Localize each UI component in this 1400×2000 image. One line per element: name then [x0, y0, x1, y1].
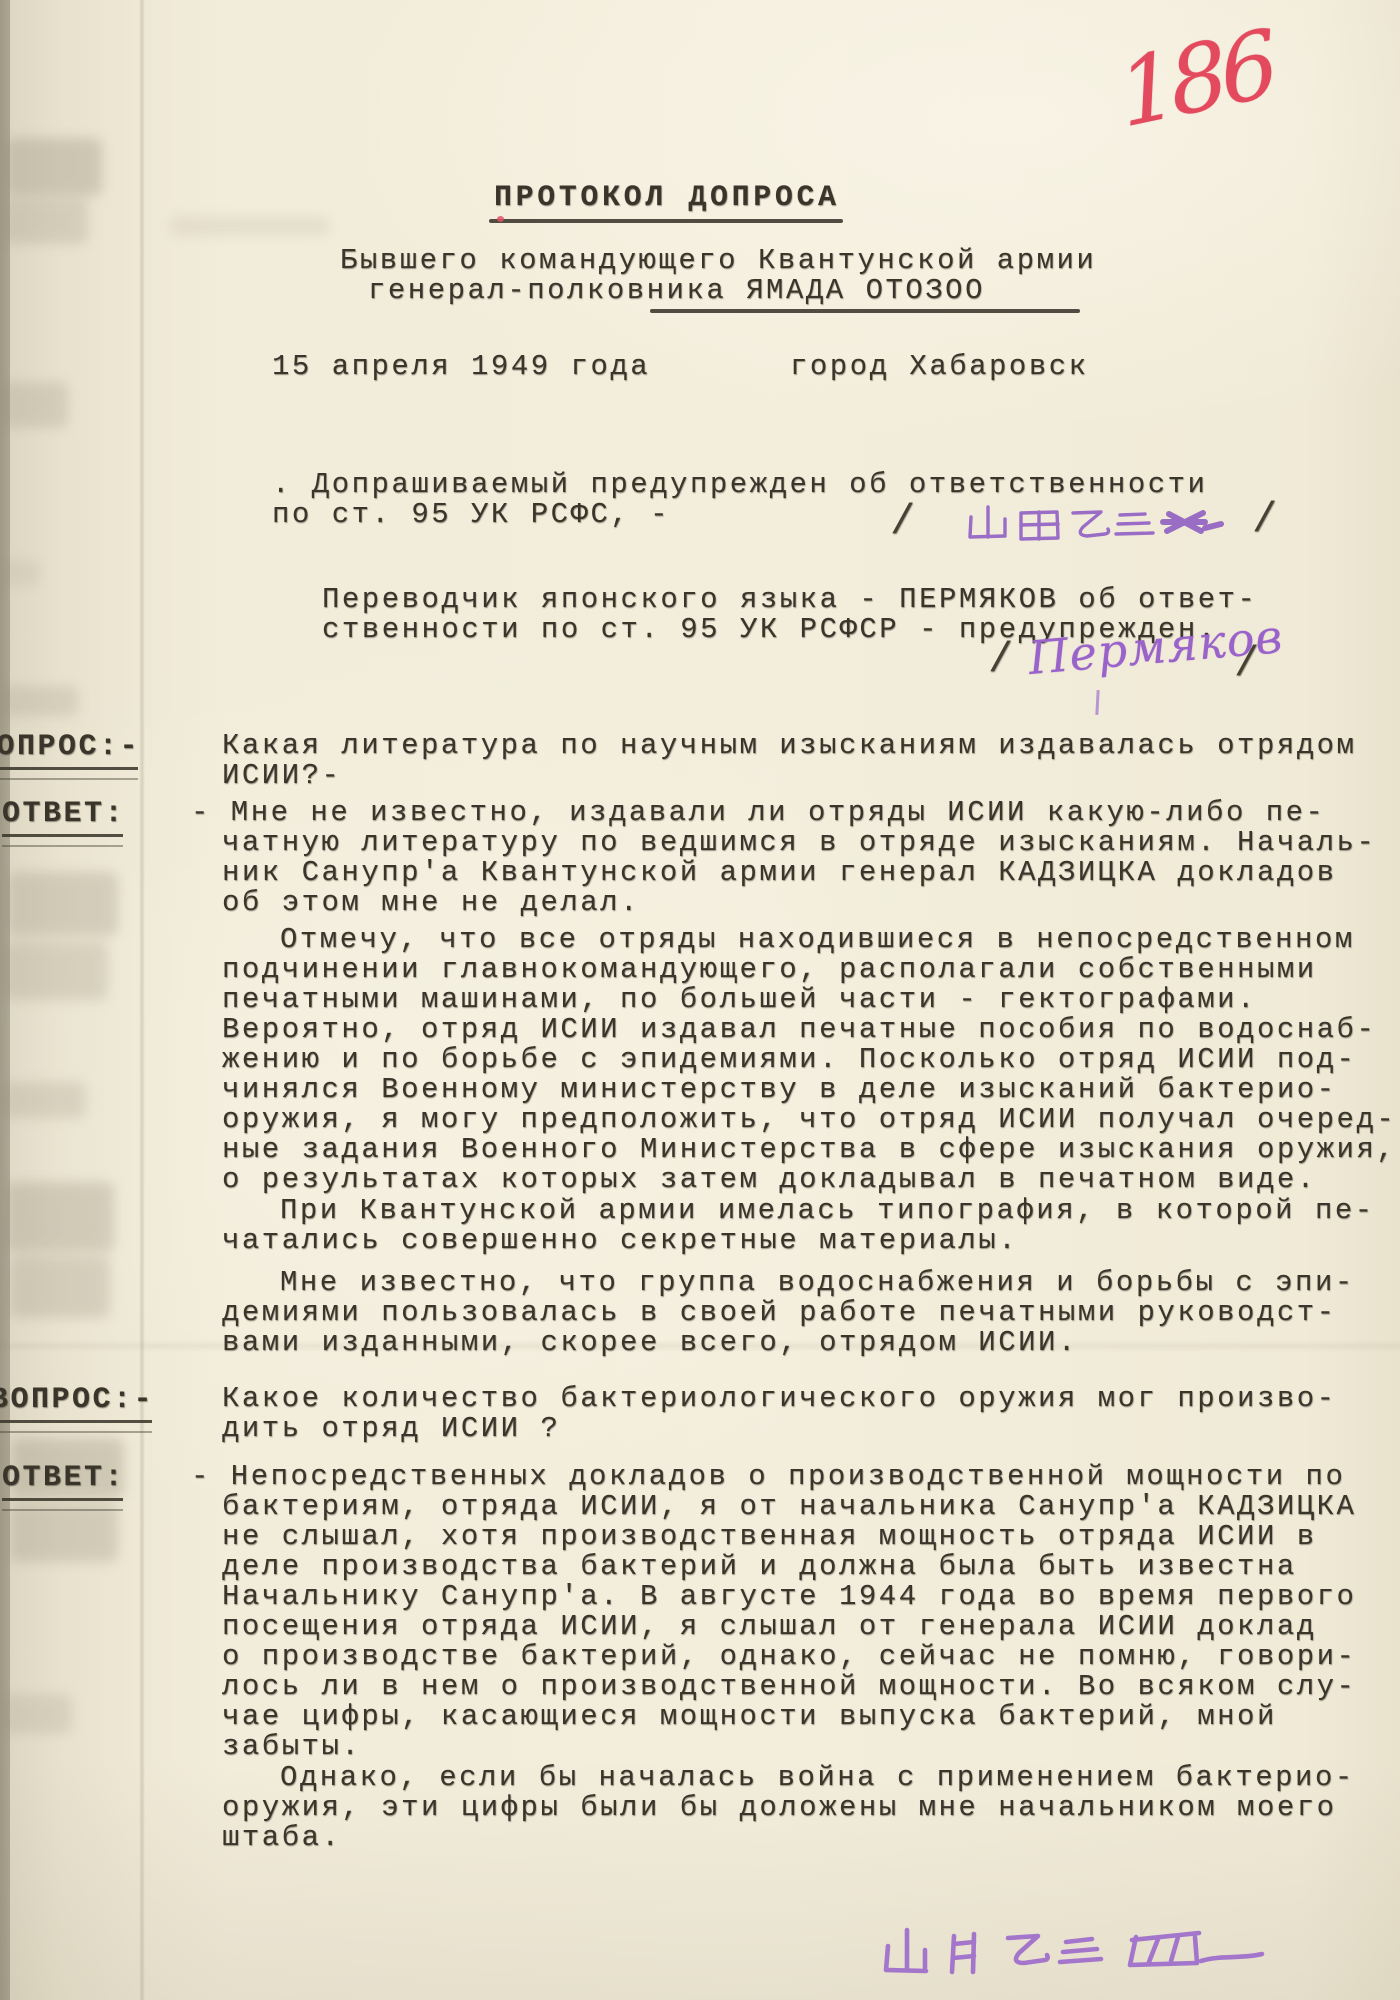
answer-paragraph: - Мне не известно, издавали ли отряды ИС…	[222, 798, 1376, 918]
ink-bleed-smudge	[6, 1182, 114, 1252]
signature-close-slash: /	[1252, 496, 1277, 544]
answer-paragraph: Отмечу, что все отряды находившиеся в не…	[222, 925, 1396, 1195]
signature-open-slash: /	[890, 498, 915, 546]
red-speck	[497, 216, 504, 222]
subtitle-line2: генерал-полковника ЯМАДА ОТОЗОО	[368, 276, 985, 306]
document-title: ПРОТОКОЛ ДОПРОСА	[494, 183, 840, 213]
title-underline	[489, 219, 843, 223]
yamada-otozoo-signature	[955, 500, 1265, 552]
scanned-document-page: 186 ПРОТОКОЛ ДОПРОСА Бывшего командующег…	[0, 0, 1400, 2000]
name-underline	[650, 309, 1080, 313]
question-label: ВОПРОС:-	[0, 731, 140, 763]
ink-bleed-smudge	[8, 872, 118, 936]
ink-bleed-smudge	[4, 942, 108, 1000]
signature-open-slash: /	[988, 636, 1013, 684]
question-label: ВОПРОС:-	[0, 1384, 154, 1416]
ink-bleed-smudge	[2, 1082, 86, 1118]
stray-purple-mark	[1095, 690, 1099, 715]
answer-paragraph: Мне известно, что группа водоснабжения и…	[222, 1268, 1355, 1358]
document-place: город Хабаровск	[790, 352, 1089, 382]
question-text: Какое количество бактериологического ору…	[222, 1384, 1337, 1444]
ink-bleed-smudge	[6, 138, 102, 196]
ink-bleed-smudge	[2, 382, 68, 428]
pencil-smudge	[170, 216, 330, 236]
handwritten-page-number: 186	[1112, 10, 1278, 148]
vertical-crease	[139, 0, 145, 2000]
document-date: 15 апреля 1949 года	[272, 352, 650, 382]
answer-paragraph: При Квантунской армии имелась типография…	[222, 1196, 1375, 1256]
yamada-otozoo-signature-bottom	[868, 1912, 1328, 1992]
ink-bleed-smudge	[2, 1694, 72, 1734]
ink-bleed-smudge	[2, 686, 78, 716]
ink-bleed-smudge	[10, 1256, 110, 1318]
subtitle-line1: Бывшего командующего Квантунской армии	[340, 246, 1096, 276]
answer-label: ОТВЕТ:	[2, 798, 125, 830]
answer-label: ОТВЕТ:	[2, 1462, 125, 1494]
ink-bleed-smudge	[4, 198, 88, 244]
ink-bleed-smudge	[10, 1504, 118, 1562]
question-text: Какая литература по научным изысканиям и…	[222, 731, 1356, 791]
signature-close-slash: /	[1234, 640, 1259, 688]
answer-paragraph: - Непосредственных докладов о производст…	[222, 1462, 1356, 1762]
ink-bleed-smudge	[0, 560, 40, 586]
answer-paragraph: Однако, если бы началась война с примене…	[222, 1763, 1355, 1853]
